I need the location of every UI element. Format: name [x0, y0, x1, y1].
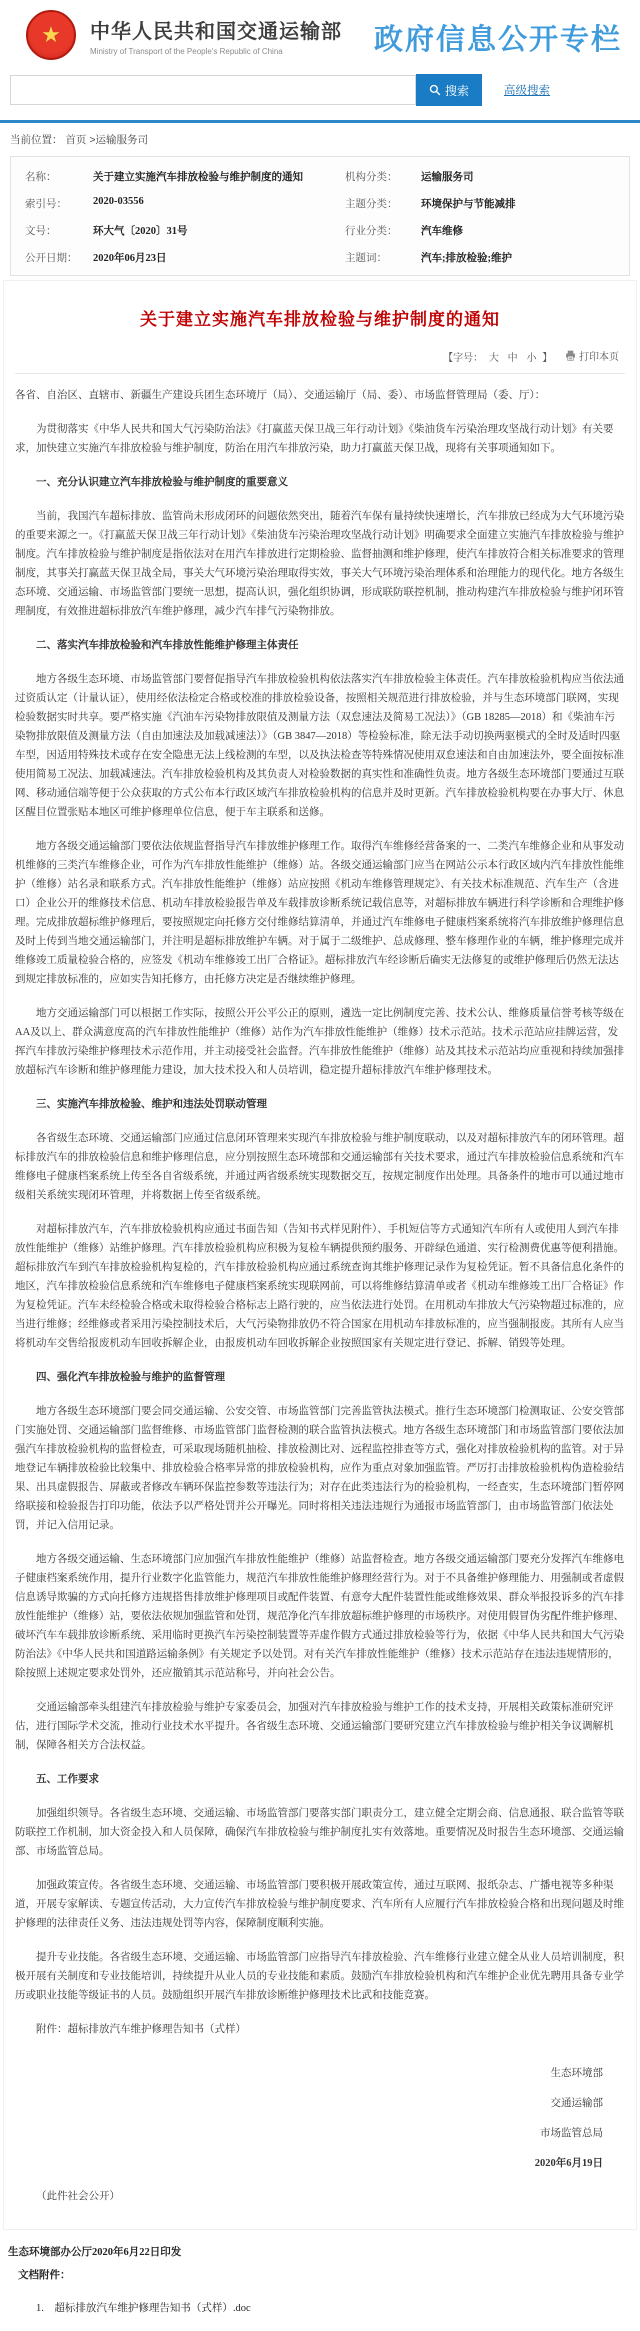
printer-icon — [565, 350, 576, 361]
meta-label: 主题分类： — [345, 196, 417, 211]
section-heading: 三、实施汽车排放检验、维护和违法处罚联动管理 — [15, 1095, 625, 1114]
article-toolbar: 【字号： 大 中 小 】 打印本页 — [15, 348, 625, 374]
font-size-suffix: 】 — [542, 353, 552, 364]
signature-org: 市场监管总局 — [15, 2125, 603, 2140]
body-paragraph: 当前，我国汽车超标排放、监管尚未形成闭环的问题依然突出，随着汽车保有量持续快速增… — [15, 507, 625, 621]
attachments-label: 文档附件： — [18, 2267, 630, 2282]
document-meta-box: 名称：关于建立实施汽车排放检验与维护制度的通知机构分类：运输服务司索引号：202… — [10, 156, 630, 276]
meta-value: 汽车;排放检验;维护 — [421, 250, 615, 265]
body-paragraph: 对超标排放汽车，汽车排放检验机构应通过书面告知（告知书式样见附件）、手机短信等方… — [15, 1220, 625, 1353]
breadcrumb: 当前位置： 首页 >运输服务司 — [0, 123, 640, 154]
signature-org: 交通运输部 — [15, 2095, 603, 2110]
search-bar: 搜索 高级搜索 — [0, 66, 640, 106]
meta-value: 关于建立实施汽车排放检验与维护制度的通知 — [93, 169, 341, 184]
signature-block: 生态环境部 交通运输部 市场监管总局 2020年6月19日 — [15, 2065, 625, 2170]
body-paragraph: 为贯彻落实《中华人民共和国大气污染防治法》《打赢蓝天保卫战三年行动计划》《柴油货… — [15, 420, 625, 458]
print-button[interactable]: 打印本页 — [565, 348, 619, 363]
gov-info-column-title: 政府信息公开专栏 — [374, 17, 622, 60]
body-paragraph: 加强组织领导。各省级生态环境、交通运输、市场监管部门要落实部门职责分工，建立健全… — [15, 1804, 625, 1861]
meta-value: 2020年06月23日 — [93, 250, 341, 265]
section-heading: 二、落实汽车排放检验和汽车排放性能维护修理主体责任 — [15, 636, 625, 655]
font-size-large[interactable]: 大 — [489, 353, 499, 364]
search-icon — [429, 84, 441, 96]
advanced-search-link[interactable]: 高级搜索 — [504, 82, 550, 98]
section-heading: 五、工作要求 — [15, 1770, 625, 1789]
meta-grid: 名称：关于建立实施汽车排放检验与维护制度的通知机构分类：运输服务司索引号：202… — [11, 169, 629, 265]
meta-value: 运输服务司 — [421, 169, 615, 184]
attachment-link[interactable]: 1. 超标排放汽车维护修理告知书（式样）.doc — [36, 2303, 251, 2314]
search-input[interactable] — [10, 75, 416, 105]
signature-org: 生态环境部 — [15, 2065, 603, 2080]
body-paragraph: 加强政策宣传。各省级生态环境、交通运输、市场监管部门要积极开展政策宣传，通过互联… — [15, 1876, 625, 1933]
section-heading: 四、强化汽车排放检验与维护的监督管理 — [15, 1368, 625, 1387]
font-size-small[interactable]: 小 — [526, 353, 536, 364]
meta-label: 主题词： — [345, 250, 417, 265]
meta-value: 环大气〔2020〕31号 — [93, 223, 341, 238]
emblem-star-icon: ★ — [41, 24, 61, 46]
meta-label: 名称： — [25, 169, 89, 184]
search-button[interactable]: 搜索 — [416, 74, 482, 106]
ministry-title-block: 中华人民共和国交通运输部 Ministry of Transport of th… — [90, 15, 342, 56]
meta-value: 环境保护与节能减排 — [421, 196, 615, 211]
meta-label: 文号： — [25, 223, 89, 238]
article-title: 关于建立实施汽车排放检验与维护制度的通知 — [15, 305, 625, 330]
body-paragraph: 交通运输部牵头组建汽车排放检验与维护专家委员会，加强对汽车排放检验与维护工作的技… — [15, 1698, 625, 1755]
meta-label: 公开日期： — [25, 250, 89, 265]
body-paragraph: 地方各级生态环境部门要会同交通运输、公安交管、市场监管部门完善监管执法模式。推行… — [15, 1402, 625, 1535]
meta-value: 2020-03556 — [93, 196, 341, 211]
body-paragraph: 地方交通运输部门可以根据工作实际，按照公开公平公正的原则，遴选一定比例制度完善、… — [15, 1004, 625, 1080]
national-emblem-icon: ★ — [26, 10, 76, 60]
body-paragraph: 地方各级交通运输部门要依法依规监督指导汽车排放维护修理工作。取得汽车维修经营备案… — [15, 837, 625, 989]
font-size-prefix: 【字号： — [443, 353, 483, 364]
search-button-label: 搜索 — [445, 82, 469, 99]
document-footer: 生态环境部办公厅2020年6月22日印发 文档附件： 1. 超标排放汽车维护修理… — [0, 2230, 640, 2331]
meta-label: 索引号： — [25, 196, 89, 211]
body-paragraph: 各省、自治区、直辖市、新疆生产建设兵团生态环境厅（局）、交通运输厅（局、委）、市… — [15, 386, 625, 405]
issue-info: 生态环境部办公厅2020年6月22日印发 — [8, 2244, 630, 2259]
public-disclosure-note: （此件社会公开） — [15, 2188, 625, 2203]
meta-label: 行业分类： — [345, 223, 417, 238]
font-size-medium[interactable]: 中 — [508, 353, 518, 364]
attachments-list: 1. 超标排放汽车维护修理告知书（式样）.doc — [36, 2300, 630, 2315]
ministry-name-en: Ministry of Transport of the People's Re… — [90, 47, 342, 56]
article-body: 各省、自治区、直辖市、新疆生产建设兵团生态环境厅（局）、交通运输厅（局、委）、市… — [15, 386, 625, 2039]
body-paragraph: 提升专业技能。各省级生态环境、交通运输、市场监管部门应指导汽车排放检验、汽车维修… — [15, 1948, 625, 2005]
signature-date: 2020年6月19日 — [15, 2155, 603, 2170]
meta-label: 机构分类： — [345, 169, 417, 184]
ministry-name-cn: 中华人民共和国交通运输部 — [90, 15, 342, 44]
body-paragraph: 地方各级生态环境、市场监管部门要督促指导汽车排放检验机构依法落实汽车排放检验主体… — [15, 670, 625, 822]
site-header: ★ 中华人民共和国交通运输部 Ministry of Transport of … — [0, 0, 640, 66]
body-paragraph: 附件：超标排放汽车维护修理告知书（式样） — [15, 2020, 625, 2039]
meta-value: 汽车维修 — [421, 223, 615, 238]
print-label: 打印本页 — [579, 348, 619, 363]
body-paragraph: 地方各级交通运输、生态环境部门应加强汽车排放性能维护（维修）站监督检查。地方各级… — [15, 1550, 625, 1683]
body-paragraph: 各省级生态环境、交通运输部门应通过信息闭环管理来实现汽车排放检验与维护制度联动，… — [15, 1129, 625, 1205]
section-heading: 一、充分认识建立汽车排放检验与维护制度的重要意义 — [15, 473, 625, 492]
article-container: 关于建立实施汽车排放检验与维护制度的通知 【字号： 大 中 小 】 打印本页 各… — [3, 280, 637, 2230]
breadcrumb-label: 当前位置： — [10, 134, 63, 146]
breadcrumb-path[interactable]: 首页 >运输服务司 — [65, 134, 148, 146]
